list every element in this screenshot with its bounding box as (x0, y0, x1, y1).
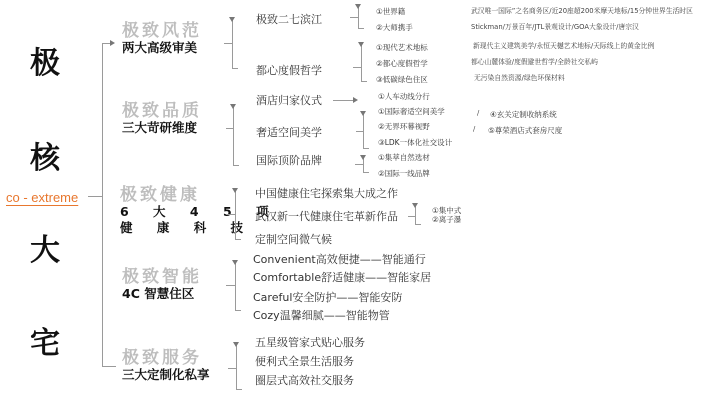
description-line: 无污染自然资源/绿色环保材料 (474, 72, 565, 82)
item-label: 中国健康住宅探索集大成之作 (255, 185, 398, 201)
item-label: 圈层式高效社交服务 (255, 372, 354, 388)
detail-item: ②大师携手 (376, 22, 413, 33)
title-char-4: 宅 (30, 318, 60, 362)
detail-item: ②离子瀑 (432, 214, 461, 225)
title-char-1: 极 (30, 38, 60, 82)
connector-line (333, 100, 353, 101)
separator-slash: / (477, 109, 479, 117)
item-label: 定制空间微气候 (255, 231, 332, 247)
item-label: 便利式全景生活服务 (255, 353, 354, 369)
item-label: 都心度假哲学 (256, 62, 322, 78)
category-subtitle: 三大定制化私享 (122, 365, 210, 383)
arrow-right-icon (353, 97, 358, 103)
item-label: 极致二七滨江 (256, 11, 322, 27)
detail-item: ②国际一线品牌 (378, 168, 430, 179)
item-label: 武汉新一代健康住宅革新作品 (255, 208, 398, 224)
detail-item: ②无界环幕视野 (378, 121, 430, 132)
title-char-3: 大 (30, 225, 60, 269)
item-label: Careful安全防护——智能安防 (253, 289, 402, 305)
detail-item: ①集萃自然选材 (378, 152, 430, 163)
detail-item: ①国际奢适空间美学 (378, 106, 445, 117)
item-label: Cozy温馨细腻——智能物管 (253, 307, 390, 323)
detail-item: ①世界籍 (376, 6, 405, 17)
detail-item: ①现代艺术地标 (376, 42, 428, 53)
category-subtitle: 两大高级审美 (122, 38, 197, 56)
item-label: 五星级管家式贴心服务 (255, 334, 365, 350)
description-line: Stickman/万景百年/JTL景观设计/GOA大象设计/唐宗汉 (471, 21, 639, 31)
item-label: 国际顶阶品牌 (256, 152, 322, 168)
detail-item: ⑤尊荣酒店式套房尺度 (488, 125, 562, 136)
detail-item: ③LDK一体化社交设计 (378, 137, 452, 148)
category-subtitle: 三大苛研维度 (122, 118, 197, 136)
detail-item: ④玄关定制收纳系统 (490, 109, 557, 120)
item-label: Comfortable舒适健康——智能家居 (253, 269, 431, 285)
arrow-right-icon (110, 40, 115, 46)
description-line: 都心山麓体验/度假避世哲学/全龄社交私屿 (471, 56, 598, 66)
category-subtitle: 健 康 科 技 (120, 219, 253, 236)
brand-link[interactable]: co - extreme (6, 190, 78, 205)
category-subtitle: 4C 智慧住区 (122, 284, 194, 302)
description-line: 新现代主义建筑美学/永恒天樾艺术地标/天际线上的黄金比例 (473, 40, 654, 50)
detail-item: ③低碳绿色住区 (376, 74, 428, 85)
detail-item: ②都心度假哲学 (376, 58, 428, 69)
separator-slash: / (473, 125, 475, 133)
item-label: 奢适空间美学 (256, 124, 322, 140)
category-title: 极致健康 (120, 180, 200, 205)
title-char-2: 核 (30, 133, 60, 177)
detail-item: ①人车动线分行 (378, 91, 430, 102)
description-line: 武汉唯一国际”之名商务区/近20座超200米摩天地标/15分钟世界生活时区 (471, 5, 693, 15)
item-label: Convenient高效便捷——智能通行 (253, 251, 426, 267)
item-label: 酒店归家仪式 (256, 92, 322, 108)
